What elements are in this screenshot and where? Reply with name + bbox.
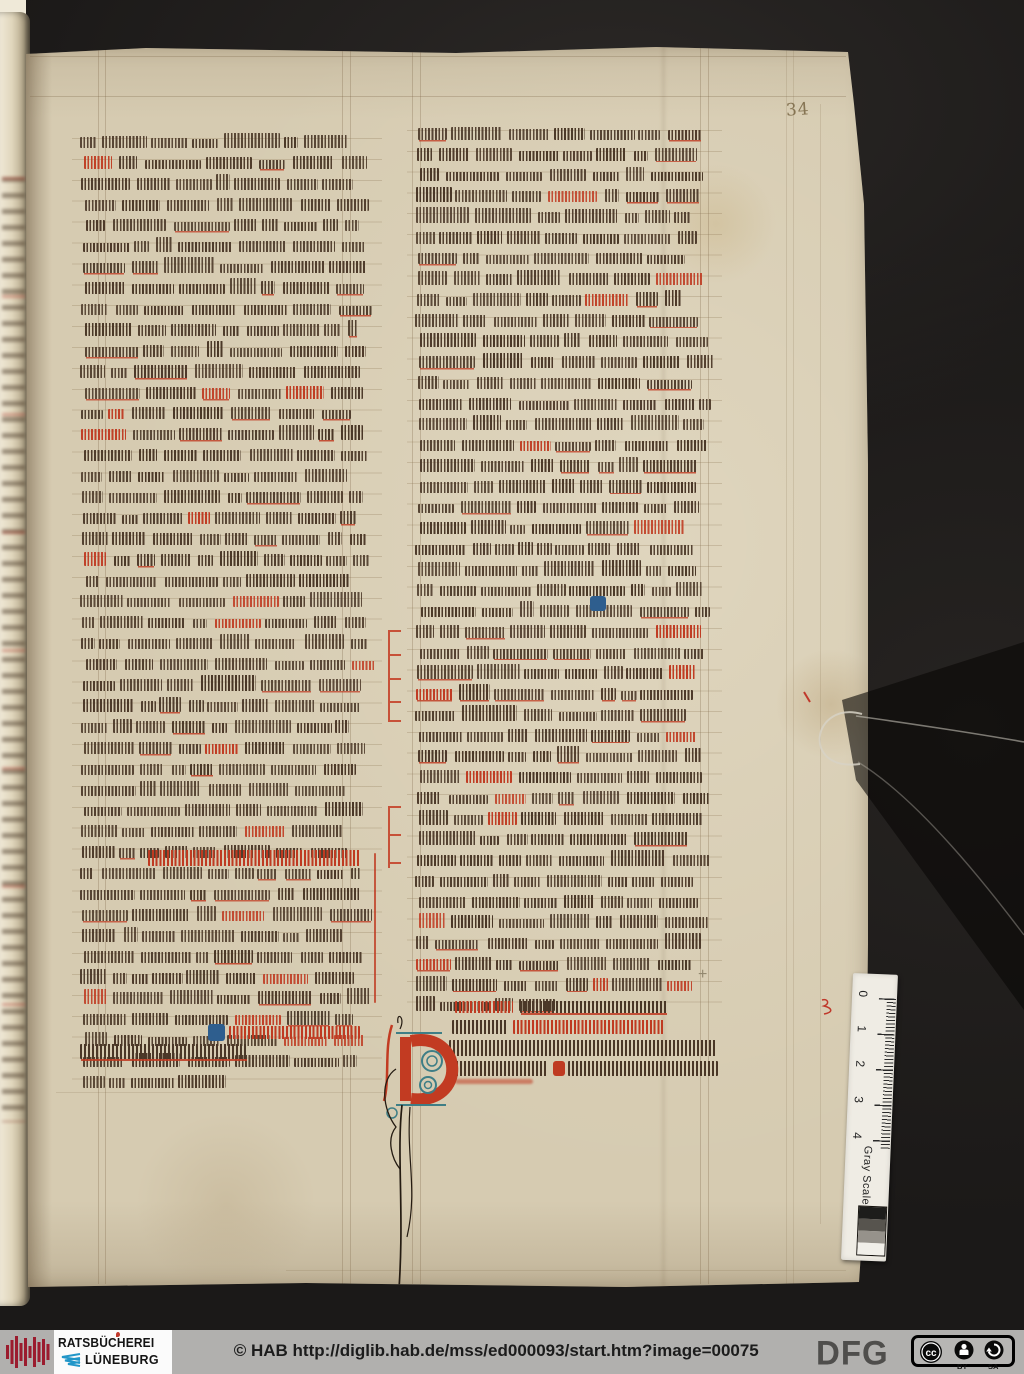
bracket-tick: [390, 654, 401, 656]
script-word: [416, 959, 451, 970]
script-word: [418, 562, 460, 576]
script-word: [179, 744, 201, 753]
script-word: [508, 752, 525, 763]
script-word: [141, 701, 156, 712]
script-word: [81, 429, 126, 440]
manuscript-text-line: [80, 190, 372, 211]
script-word: [190, 764, 214, 774]
script-word: [420, 333, 477, 347]
script-word: [286, 386, 324, 399]
script-word: [297, 450, 335, 461]
script-word: [320, 703, 360, 712]
ruler-label-1: 1: [854, 1025, 869, 1040]
script-word: [228, 493, 242, 503]
script-word: [80, 365, 105, 378]
script-word: [293, 241, 335, 252]
script-word: [669, 665, 695, 680]
script-word: [560, 460, 590, 472]
script-word: [614, 273, 650, 285]
script-word: [85, 388, 140, 399]
manuscript-text-line: [80, 419, 372, 440]
script-word: [128, 639, 170, 650]
ruler-label-4: 4: [850, 1132, 865, 1147]
script-word: [198, 555, 213, 566]
script-word: [215, 658, 266, 670]
manuscript-text-line: [80, 336, 372, 357]
script-word: [82, 846, 115, 858]
script-word: [249, 783, 291, 796]
script-word: [598, 462, 615, 472]
grayscale-patch: [858, 1218, 885, 1231]
script-word: [140, 764, 164, 774]
script-word: [348, 320, 358, 336]
script-word: [83, 1076, 105, 1088]
script-word: [474, 481, 493, 493]
manuscript-text-line: [415, 472, 712, 493]
script-word: [652, 813, 703, 824]
script-word: [83, 1014, 126, 1025]
script-word: [655, 148, 697, 161]
script-word: [342, 156, 367, 169]
script-word: [417, 148, 432, 161]
script-word: [134, 241, 148, 252]
script-word: [224, 473, 249, 483]
script-word: [685, 748, 701, 763]
script-word: [307, 491, 343, 503]
script-word: [131, 1078, 174, 1088]
script-word: [531, 357, 555, 368]
script-word: [467, 646, 489, 659]
script-word: [250, 449, 293, 462]
script-word: [216, 174, 230, 190]
manuscript-text-line: [415, 783, 712, 804]
script-word: [214, 890, 270, 900]
script-word: [113, 219, 166, 232]
script-word: [287, 1011, 330, 1026]
script-word: [632, 877, 654, 887]
script-word: [299, 574, 349, 587]
script-word: [83, 513, 116, 524]
script-word: [522, 566, 539, 575]
manuscript-text-line: [80, 628, 372, 649]
script-word: [496, 960, 512, 969]
script-word: [320, 993, 341, 1004]
big-script-left: [80, 1044, 248, 1059]
script-word: [634, 151, 649, 161]
manuscript-text-line: [415, 513, 712, 534]
script-word: [416, 232, 435, 244]
script-word: [209, 784, 241, 796]
script-word: [486, 274, 513, 285]
text-column-left: [80, 127, 372, 1088]
manuscript-text-line: [415, 845, 712, 866]
script-word: [541, 378, 592, 389]
manuscript-text-line: [415, 596, 712, 617]
script-word: [287, 179, 318, 190]
dfg-logo: DFG: [816, 1333, 889, 1373]
script-word: [83, 263, 125, 274]
manuscript-text-line: [80, 712, 372, 733]
script-word: [179, 428, 223, 440]
script-word: [189, 700, 204, 712]
script-word: [520, 441, 551, 451]
script-word: [530, 335, 559, 348]
script-word: [526, 293, 548, 305]
script-word: [586, 753, 633, 763]
script-word: [499, 919, 543, 928]
script-word: [215, 512, 260, 524]
script-word: [100, 616, 145, 629]
script-word: [137, 554, 155, 566]
script-word: [124, 927, 138, 942]
script-word: [419, 399, 462, 410]
script-word: [125, 659, 154, 670]
script-word: [627, 792, 675, 804]
copyright-url-text: © HAB http://diglib.hab.de/mss/ed000093/…: [234, 1341, 759, 1361]
script-word: [186, 970, 218, 984]
script-word: [108, 409, 125, 419]
script-word: [665, 290, 681, 305]
script-word: [325, 802, 363, 816]
script-word: [626, 192, 659, 202]
script-word: [283, 596, 306, 607]
script-word: [416, 207, 470, 223]
library-name-line2: LÜNEBURG: [85, 1353, 159, 1367]
manuscript-text-line: [415, 970, 712, 991]
manuscript-text-line: [415, 555, 712, 576]
script-word: [246, 574, 296, 587]
script-word: [139, 449, 157, 462]
script-word: [564, 812, 603, 825]
bracket-tick: [390, 630, 401, 632]
script-word: [317, 870, 344, 879]
script-word: [102, 868, 156, 880]
cc-by-person-icon: [954, 1340, 974, 1360]
script-word: [190, 890, 207, 900]
script-word: [646, 566, 661, 576]
script-word: [215, 619, 261, 628]
script-word: [106, 577, 157, 587]
script-word: [114, 556, 130, 565]
script-word: [133, 430, 176, 440]
script-word: [81, 178, 130, 190]
script-word: [172, 765, 187, 775]
script-word: [161, 554, 191, 566]
manuscript-text-line: [80, 816, 372, 837]
script-word: [138, 472, 165, 482]
script-word: [310, 592, 361, 608]
red-script-left: [229, 1026, 360, 1039]
script-word: [178, 1075, 225, 1088]
script-word: [351, 639, 368, 650]
script-word: [567, 957, 608, 970]
script-word: [519, 772, 571, 783]
script-word: [328, 532, 342, 544]
script-word: [81, 638, 95, 649]
script-word: [553, 649, 592, 658]
script-word: [589, 335, 617, 347]
script-word: [504, 981, 528, 990]
script-word: [203, 450, 241, 461]
script-word: [609, 480, 642, 492]
script-word: [80, 137, 96, 148]
script-word: [343, 1055, 357, 1067]
manuscript-text-line: [80, 775, 372, 796]
script-word: [506, 420, 527, 431]
script-word: [475, 208, 531, 223]
script-word: [627, 771, 649, 783]
script-word: [440, 877, 488, 887]
script-word: [265, 619, 307, 629]
script-word: [604, 666, 623, 679]
script-word: [261, 680, 312, 691]
script-word: [647, 255, 685, 265]
script-word: [304, 135, 347, 148]
script-word: [640, 709, 686, 721]
script-word: [472, 897, 520, 908]
script-word: [643, 460, 697, 471]
bracket-tick: [390, 678, 401, 680]
script-word: [454, 271, 480, 285]
script-word: [551, 690, 594, 700]
manuscript-text-line: [80, 587, 372, 608]
script-word: [593, 978, 609, 991]
script-word: [602, 502, 638, 514]
script-word: [217, 198, 234, 211]
script-word: [535, 729, 587, 742]
script-word: [455, 190, 507, 202]
manuscript-text-line: [80, 733, 372, 754]
script-word: [611, 850, 665, 866]
script-word: [324, 324, 340, 336]
script-word: [495, 544, 514, 555]
script-word: [637, 733, 661, 742]
script-word: [417, 665, 473, 679]
script-word: [200, 534, 220, 545]
manuscript-text-line: [415, 347, 712, 368]
script-word: [647, 482, 696, 493]
script-word: [547, 875, 602, 887]
manuscript-text-line: [415, 887, 712, 908]
script-word: [82, 532, 108, 545]
script-word: [271, 765, 317, 775]
script-word: [249, 367, 296, 378]
script-word: [156, 237, 172, 252]
script-word: [534, 253, 589, 264]
script-word: [532, 524, 581, 534]
script-word: [465, 627, 507, 638]
script-word: [146, 387, 196, 398]
script-word: [416, 689, 453, 700]
script-word: [220, 634, 251, 650]
script-word: [171, 324, 216, 336]
script-word: [588, 543, 610, 554]
script-word: [278, 888, 295, 900]
script-word: [127, 807, 180, 816]
script-word: [212, 723, 226, 732]
script-word: [446, 297, 468, 306]
script-word: [560, 939, 601, 949]
script-word: [462, 705, 516, 721]
script-word: [512, 191, 541, 202]
script-word: [656, 625, 701, 638]
script-word: [132, 261, 159, 273]
script-word: [246, 492, 301, 503]
script-word: [136, 721, 165, 733]
script-word: [298, 513, 336, 524]
script-word: [86, 576, 99, 587]
manuscript-text-line: [415, 244, 712, 265]
script-word: [667, 981, 691, 991]
script-word: [415, 545, 466, 555]
script-word: [577, 773, 622, 783]
script-word: [416, 187, 451, 202]
manuscript-text-line: [80, 754, 372, 775]
script-word: [164, 450, 197, 461]
script-word: [508, 729, 528, 742]
script-word: [120, 679, 161, 691]
script-word: [419, 810, 448, 825]
script-word: [419, 913, 445, 928]
script-word: [192, 305, 237, 315]
manuscript-text-line: [415, 534, 712, 555]
script-word: [331, 387, 363, 399]
script-word: [418, 253, 458, 264]
svg-text:cc: cc: [925, 1348, 937, 1359]
script-word: [569, 273, 610, 285]
script-word: [113, 992, 163, 1004]
script-word: [353, 555, 368, 565]
manuscript-text-line: [80, 378, 372, 399]
script-word: [650, 545, 693, 555]
blue-initial-left: [208, 1024, 225, 1041]
script-word: [263, 974, 308, 984]
script-word: [290, 555, 322, 566]
script-word: [132, 284, 175, 294]
script-word: [623, 400, 657, 410]
grayscale-patch: [857, 1242, 884, 1255]
script-word: [84, 989, 107, 1005]
vertical-ruling-line: [820, 104, 821, 1224]
script-word: [81, 472, 102, 482]
script-word: [318, 429, 334, 440]
script-word: [83, 681, 115, 691]
script-word: [533, 751, 552, 762]
script-word: [620, 915, 658, 928]
script-word: [341, 451, 367, 461]
script-word: [245, 826, 285, 837]
script-word: [606, 939, 658, 949]
script-word: [220, 551, 258, 566]
manuscript-text-line: [415, 700, 712, 721]
script-word: [326, 556, 347, 566]
manuscript-text-line: [415, 576, 712, 597]
script-word: [499, 480, 546, 493]
script-word: [683, 419, 703, 431]
script-word: [342, 242, 366, 253]
script-word: [181, 930, 236, 942]
script-word: [335, 1014, 353, 1025]
script-word: [455, 751, 504, 762]
script-word: [418, 376, 439, 388]
script-word: [631, 584, 645, 596]
script-word: [543, 314, 569, 327]
script-word: [483, 353, 524, 368]
manuscript-text-line: [415, 679, 712, 700]
script-word: [202, 388, 230, 399]
script-word: [323, 219, 338, 232]
script-word: [275, 661, 304, 671]
script-word: [178, 242, 231, 252]
manuscript-text-line: [415, 804, 712, 825]
script-word: [638, 750, 677, 762]
script-word: [596, 253, 643, 264]
script-word: [222, 911, 264, 921]
manuscript-text-line: [80, 524, 372, 545]
script-word: [555, 545, 584, 555]
manuscript-text-line: [415, 949, 712, 970]
ruler-label-2: 2: [853, 1060, 868, 1075]
manuscript-text-line: [80, 963, 372, 984]
script-word: [301, 952, 324, 962]
script-word: [665, 933, 700, 949]
script-word: [324, 764, 357, 775]
script-word: [440, 586, 475, 596]
script-word: [230, 278, 257, 294]
script-word: [349, 491, 362, 503]
grayscale-patch: [858, 1230, 885, 1243]
script-word: [86, 220, 106, 231]
script-word: [225, 533, 248, 545]
script-word: [595, 440, 616, 451]
red-bracket: [388, 806, 402, 868]
script-word: [476, 148, 513, 160]
page-number: 34: [785, 99, 810, 121]
script-word: [608, 877, 627, 886]
script-word: [335, 720, 348, 733]
script-word: [417, 294, 439, 306]
script-word: [592, 628, 648, 637]
script-word: [499, 855, 522, 866]
script-word: [83, 699, 134, 712]
script-word: [643, 356, 681, 368]
manuscript-text-line: [80, 315, 372, 336]
script-word: [148, 618, 185, 628]
script-word: [112, 532, 145, 544]
script-word: [231, 407, 272, 419]
bracket-tick: [390, 862, 401, 864]
script-word: [531, 834, 563, 845]
script-word: [625, 213, 639, 223]
script-word: [142, 931, 176, 942]
script-word: [507, 231, 541, 244]
manuscript-text-line: [80, 399, 372, 420]
script-word: [495, 794, 527, 804]
script-word: [336, 284, 364, 295]
script-word: [619, 457, 638, 472]
script-word: [290, 346, 338, 357]
script-word: [113, 719, 132, 732]
decorated-initial-d: [366, 1009, 496, 1329]
script-word: [247, 326, 279, 336]
script-word: [565, 209, 617, 223]
manuscript-text-line: [80, 148, 372, 169]
script-word: [552, 479, 575, 492]
script-word: [554, 128, 585, 140]
manuscript-text-line: [80, 879, 372, 900]
script-word: [631, 415, 679, 430]
manuscript-text-line: [80, 942, 372, 963]
